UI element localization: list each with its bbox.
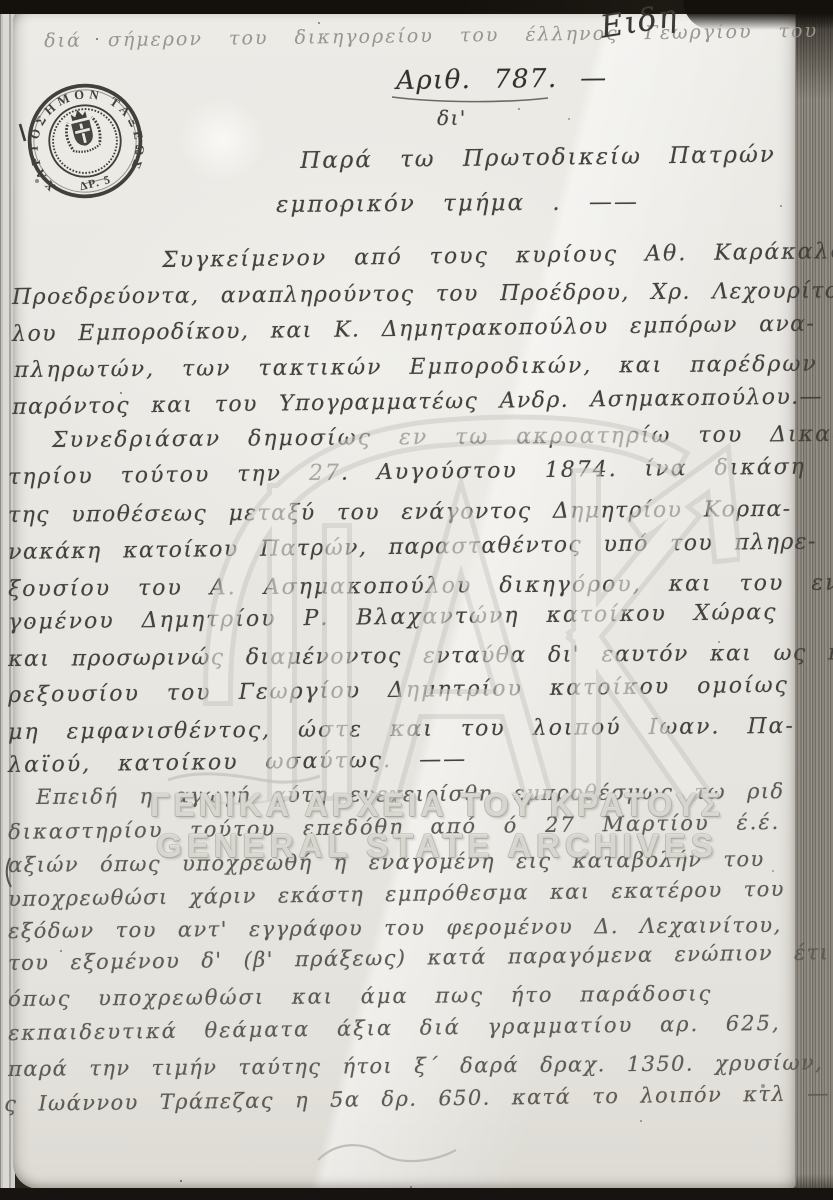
stamp-laurel-right [92,116,103,143]
revenue-stamp-seal: ΧΑΡΤΟΣΗΜΟΝ ΤΑΞΕΩΣ ΔΡ. 5 [24,79,146,203]
book-fore-edge-pages [793,0,833,1200]
book-bottom-edge [0,1188,833,1200]
scanned-document-page: ΧΑΡΤΟΣΗΜΟΝ ΤΑΞΕΩΣ ΔΡ. 5 [0,0,833,1200]
book-binding-corner-shadow [683,0,833,30]
